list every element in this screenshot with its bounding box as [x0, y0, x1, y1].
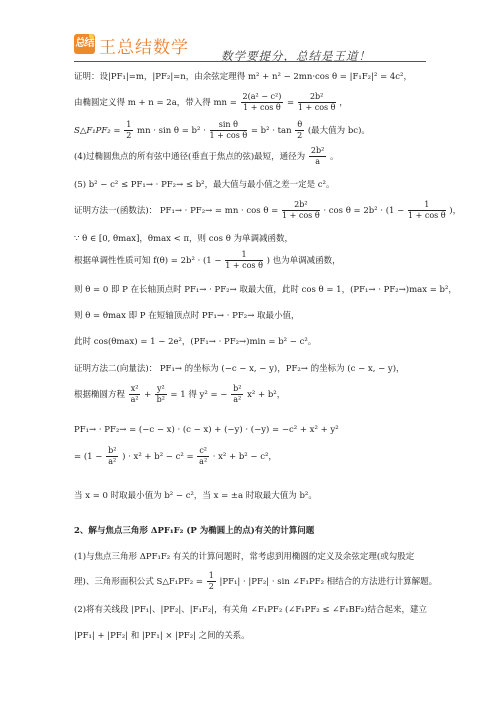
- text: ) · x² + b² − c² =: [122, 452, 194, 462]
- text: · cos θ = 2b² · (1 −: [323, 206, 404, 216]
- text: )，: [449, 206, 461, 216]
- numerator: 2b²: [282, 200, 320, 211]
- fraction: b²a²: [106, 446, 118, 467]
- formula-line: (4)过椭圆焦点的所有弦中通径(垂直于焦点的弦)最短，通径为 2b²a 。: [74, 146, 339, 167]
- header-divider: [74, 61, 426, 62]
- denominator: 2: [295, 131, 304, 141]
- text-line: |PF₁| + |PF₂| 和 |PF₁| × |PF₂| 之间的关系。: [74, 630, 250, 642]
- fraction: x²a²: [129, 384, 141, 405]
- fraction: sin θ1 + cos θ: [210, 120, 248, 141]
- text: = 1 得 y² = −: [170, 390, 227, 400]
- numerator: θ: [295, 120, 304, 131]
- text: · x² + b² − c²，: [213, 452, 277, 462]
- formula-line: 由椭圆定义得 m + n = 2a，带入得 mn = 2(a² − c²)1 +…: [74, 92, 348, 113]
- numerator: 1: [207, 571, 216, 582]
- text: ) 也为单调减函数，: [267, 256, 341, 266]
- text: 根据椭圆方程: [74, 390, 125, 400]
- denominator: 1 + cos θ: [408, 211, 446, 221]
- numerator: 2b²: [298, 92, 336, 103]
- text-line: (5) b² − c² ≤ PF₁→ · PF₂→ ≤ b²，最大值与最小值之差…: [74, 179, 334, 191]
- text: 由椭圆定义得 m + n = 2a，带入得 mn =: [74, 98, 237, 108]
- text-line: 此时 cos(θmax) = 1 − 2e²，(PF₁→ · PF₂→)min …: [74, 336, 316, 348]
- text: ，: [339, 98, 348, 108]
- text: S△F₁PF₂ =: [74, 126, 121, 136]
- text: = b² · tan: [251, 126, 292, 136]
- text: 根据单调性性质可知 f(θ) = 2b² · (1 −: [74, 256, 222, 266]
- section-heading: 2、解与焦点三角形 ΔPF₁F₂ (P 为椭圆上的点)有关的计算问题: [74, 525, 314, 537]
- text-line: (1)与焦点三角形 ΔPF₁F₂ 有关的计算问题时，常考虑到用椭圆的定义及余弦定…: [74, 551, 414, 563]
- fraction: 11 + cos θ: [225, 250, 263, 271]
- fraction: θ2: [295, 120, 304, 141]
- text: =: [287, 98, 294, 108]
- numerator: sin θ: [210, 120, 248, 131]
- denominator: 2: [207, 582, 216, 592]
- fraction: b²a²: [231, 384, 243, 405]
- text-line: 证明方法二(向量法)： PF₁→ 的坐标为 (−c − x, − y)，PF₂→…: [74, 363, 405, 375]
- denominator: a²: [197, 457, 209, 467]
- text-line: (2)将有关线段 |PF₁|、|PF₂|、|F₁F₂|，有关角 ∠F₁PF₂ (…: [74, 604, 427, 616]
- formula-line: 根据单调性性质可知 f(θ) = 2b² · (1 − 11 + cos θ )…: [74, 250, 341, 271]
- formula-line: S△F₁PF₂ = 12 mn · sin θ = b² · sin θ1 + …: [74, 120, 370, 141]
- denominator: b²: [155, 395, 167, 405]
- text-line: 则 θ = θmax 即 P 在短轴顶点时 PF₁→ · PF₂→ 取最小值，: [74, 310, 300, 322]
- text: |PF₁| · |PF₂| · sin ∠F₁PF₂ 相结合的方法进行计算解题。: [220, 577, 438, 587]
- numerator: c²: [197, 446, 209, 457]
- denominator: 1 + cos θ: [241, 103, 284, 113]
- denominator: a: [309, 157, 326, 167]
- text-line: 证明：设|PF₁|=m，|PF₂|=n，由余弦定理得 m² + n² − 2mn…: [74, 71, 412, 83]
- numerator: 1: [408, 200, 446, 211]
- numerator: b²: [106, 446, 118, 457]
- text: 。: [330, 152, 339, 162]
- formula-line: 证明方法一(函数法)： PF₁→ · PF₂→ = mn · cos θ = 2…: [74, 200, 461, 221]
- numerator: 1: [124, 120, 133, 131]
- text: +: [144, 390, 151, 400]
- text-line: 则 θ = 0 即 P 在长轴顶点时 PF₁→ · PF₂→ 取最大值，此时 c…: [74, 284, 457, 296]
- text: x² + b²，: [247, 390, 285, 400]
- fraction: 2(a² − c²)1 + cos θ: [241, 92, 284, 113]
- text: (最大值为 bc)。: [308, 126, 370, 136]
- denominator: 2: [124, 131, 133, 141]
- fraction: 2b²1 + cos θ: [298, 92, 336, 113]
- numerator: 2b²: [309, 146, 326, 157]
- brand-name: 王总结数学: [99, 33, 189, 58]
- denominator: a²: [129, 395, 141, 405]
- numerator: 2(a² − c²): [241, 92, 284, 103]
- text: (4)过椭圆焦点的所有弦中通径(垂直于焦点的弦)最短，通径为: [74, 152, 305, 162]
- text-line: PF₁→ · PF₂→ = (−c − x) · (c − x) + (−y) …: [74, 424, 339, 436]
- fraction: 12: [124, 120, 133, 141]
- fraction: 2b²a: [309, 146, 326, 167]
- formula-line: 理)、三角形面积公式 S△F₁PF₂ = 12 |PF₁| · |PF₂| · …: [74, 571, 437, 592]
- numerator: y²: [155, 384, 167, 395]
- text-line: 当 x = 0 时取最小值为 b² − c²，当 x = ±a 时取最大值为 b…: [74, 490, 317, 502]
- text: mn · sin θ = b² ·: [137, 126, 206, 136]
- formula-line: = (1 − b²a² ) · x² + b² − c² = c²a² · x²…: [74, 446, 277, 467]
- numerator: x²: [129, 384, 141, 395]
- text-line: ∵ θ ∈ [0, θmax]，θmax < π，则 cos θ 为单调减函数，: [74, 233, 293, 245]
- fraction: 2b²1 + cos θ: [282, 200, 320, 221]
- text: = (1 −: [74, 452, 102, 462]
- fraction: y²b²: [155, 384, 167, 405]
- denominator: a²: [231, 395, 243, 405]
- text: 理)、三角形面积公式 S△F₁PF₂ =: [74, 577, 203, 587]
- numerator: 1: [225, 250, 263, 261]
- logo-icon: 总结: [74, 34, 95, 54]
- denominator: 1 + cos θ: [225, 261, 263, 271]
- denominator: 1 + cos θ: [210, 131, 248, 141]
- denominator: a²: [106, 457, 118, 467]
- formula-line: 根据椭圆方程 x²a² + y²b² = 1 得 y² = − b²a² x² …: [74, 384, 285, 405]
- numerator: b²: [231, 384, 243, 395]
- denominator: 1 + cos θ: [282, 211, 320, 221]
- fraction: 12: [207, 571, 216, 592]
- denominator: 1 + cos θ: [298, 103, 336, 113]
- page-header: 总结 王总结数学 数学要提分，总结是王道！: [74, 32, 426, 62]
- fraction: 11 + cos θ: [408, 200, 446, 221]
- fraction: c²a²: [197, 446, 209, 467]
- text: 证明方法一(函数法)： PF₁→ · PF₂→ = mn · cos θ =: [74, 206, 278, 216]
